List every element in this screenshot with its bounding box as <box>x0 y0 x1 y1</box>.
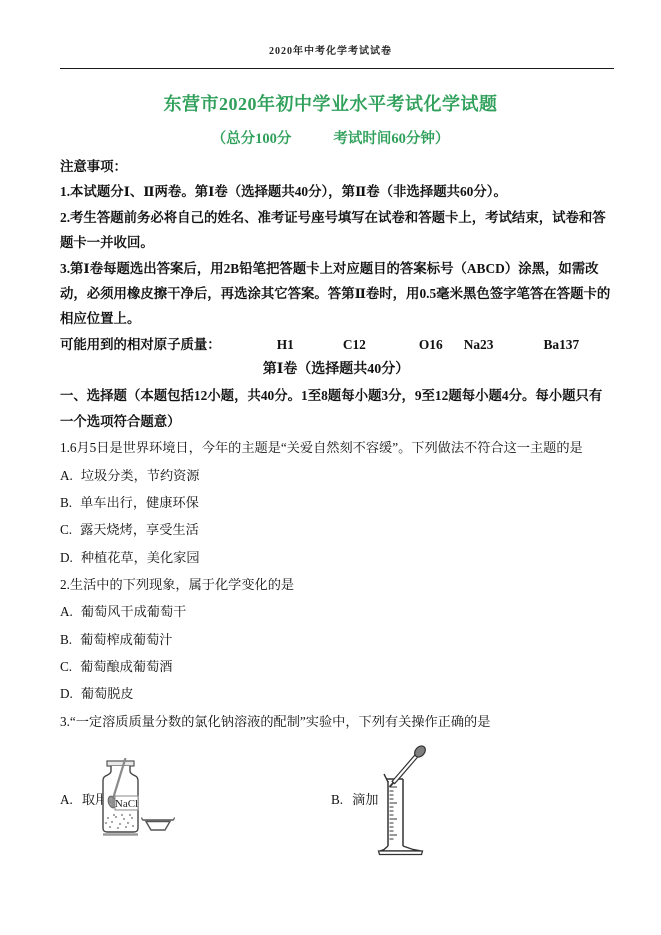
option-text: 露天烧烤，享受生活 <box>80 522 199 537</box>
option-text: 种植花草，美化家园 <box>81 550 200 565</box>
exam-title: 东营市2020年初中学业水平考试化学试题 <box>0 90 661 116</box>
cylinder-spout <box>384 774 388 782</box>
option-text: 葡萄风干成葡萄干 <box>81 604 187 619</box>
question-2-option-a: A.葡萄风干成葡萄干 <box>60 598 612 625</box>
option-label: D. <box>60 686 73 701</box>
atomic-mass-value: Na23 <box>464 332 494 357</box>
document-body: 注意事项： 1.本试题分Ⅰ、Ⅱ两卷。第Ⅰ卷（选择题共40分），第Ⅱ卷（非选择题共… <box>0 148 661 870</box>
atomic-masses-row: 可能用到的相对原子质量： H1 C12 O16 Na23 Ba137 <box>60 332 612 357</box>
page-header-title: 2020年中考化学考试试卷 <box>0 0 661 57</box>
exam-subtitle: （总分100分 考试时间60分钟） <box>0 127 661 148</box>
option-text: 葡萄榨成葡萄汁 <box>80 632 172 647</box>
notice-heading: 注意事项： <box>60 154 612 179</box>
option-label: D. <box>60 550 73 565</box>
question-1-option-d: D.种植花草，美化家园 <box>60 544 612 571</box>
question-2-option-c: C.葡萄酿成葡萄酒 <box>60 653 612 680</box>
figure-b-caption: B.滴加 <box>331 789 378 808</box>
atomic-mass-value: C12 <box>343 332 366 357</box>
question-3-figures: A.取用 NaCl <box>60 735 612 870</box>
exam-paper-page: 2020年中考化学考试试卷 东营市2020年初中学业水平考试化学试题 （总分10… <box>0 0 661 935</box>
section-1-intro: 一、选择题（本题包括12小题，共40分。1至8题每小题3分，9至12题每小题4分… <box>60 383 612 434</box>
header-divider <box>60 68 614 69</box>
question-1-text: 1.6月5日是世界环境日，今年的主题是“关爱自然刻不容缓”。下列做法不符合这一主… <box>60 434 612 462</box>
atomic-masses-label: 可能用到的相对原子质量： <box>60 332 221 357</box>
question-2-option-d: D.葡萄脱皮 <box>60 680 612 707</box>
notice-item: 2.考生答题前务必将自己的姓名、准考证号座号填写在试卷和答题卡上，考试结束，试卷… <box>60 205 612 256</box>
exam-subtitle-total-score: （总分100分 <box>212 127 292 148</box>
figure-graduated-cylinder-illustration <box>374 741 428 859</box>
option-label: B. <box>60 495 72 510</box>
question-1-option-c: C.露天烧烤，享受生活 <box>60 516 612 543</box>
question-2-text: 2.生活中的下列现象，属于化学变化的是 <box>60 571 612 599</box>
question-1-option-b: B.单车出行，健康环保 <box>60 489 612 516</box>
nacl-label-text: NaCl <box>115 798 138 810</box>
option-text: 单车出行，健康环保 <box>80 495 199 510</box>
question-3-text: 3.“一定溶质质量分数的氯化钠溶液的配制”实验中，下列有关操作正确的是 <box>60 708 612 736</box>
notice-item: 3.第Ⅰ卷每题选出答案后，用2B铅笔把答题卡上对应题目的答案标号（ABCD）涂黑… <box>60 256 612 332</box>
atomic-mass-value: H1 <box>277 332 294 357</box>
exam-subtitle-duration: 考试时间60分钟） <box>333 127 449 148</box>
label-mark <box>110 803 113 806</box>
dropper-tip <box>390 783 394 788</box>
bottle-stopper <box>107 761 134 766</box>
dropper-tube-fill <box>394 755 417 782</box>
option-text: 葡萄脱皮 <box>81 686 134 701</box>
cylinder-base <box>380 846 421 851</box>
notice-block: 注意事项： 1.本试题分Ⅰ、Ⅱ两卷。第Ⅰ卷（选择题共40分），第Ⅱ卷（非选择题共… <box>60 154 612 332</box>
figure-b-letter: B. <box>331 792 343 807</box>
cylinder-base-slab <box>379 851 423 855</box>
atomic-mass-value: Ba137 <box>543 332 579 357</box>
option-label: B. <box>60 632 72 647</box>
cylinder-walls <box>387 779 403 846</box>
question-1-option-a: A.垃圾分类，节约资源 <box>60 462 612 489</box>
label-mark <box>110 798 113 801</box>
question-2-option-b: B.葡萄榨成葡萄汁 <box>60 626 612 653</box>
option-label: A. <box>60 468 73 483</box>
graduation-ticks <box>390 787 398 839</box>
section-1-heading: 第Ⅰ卷（选择题共40分） <box>60 357 612 383</box>
option-label: C. <box>60 522 72 537</box>
option-label: C. <box>60 659 72 674</box>
notice-item: 1.本试题分Ⅰ、Ⅱ两卷。第Ⅰ卷（选择题共40分），第Ⅱ卷（非选择题共60分）。 <box>60 179 612 204</box>
option-text: 葡萄酿成葡萄酒 <box>80 659 172 674</box>
watch-glass <box>142 818 175 831</box>
atomic-mass-value: O16 <box>419 332 443 357</box>
figure-a-letter: A. <box>60 792 73 807</box>
option-label: A. <box>60 604 73 619</box>
figure-reagent-bottle-illustration: NaCl <box>100 758 176 840</box>
option-text: 垃圾分类，节约资源 <box>81 468 200 483</box>
